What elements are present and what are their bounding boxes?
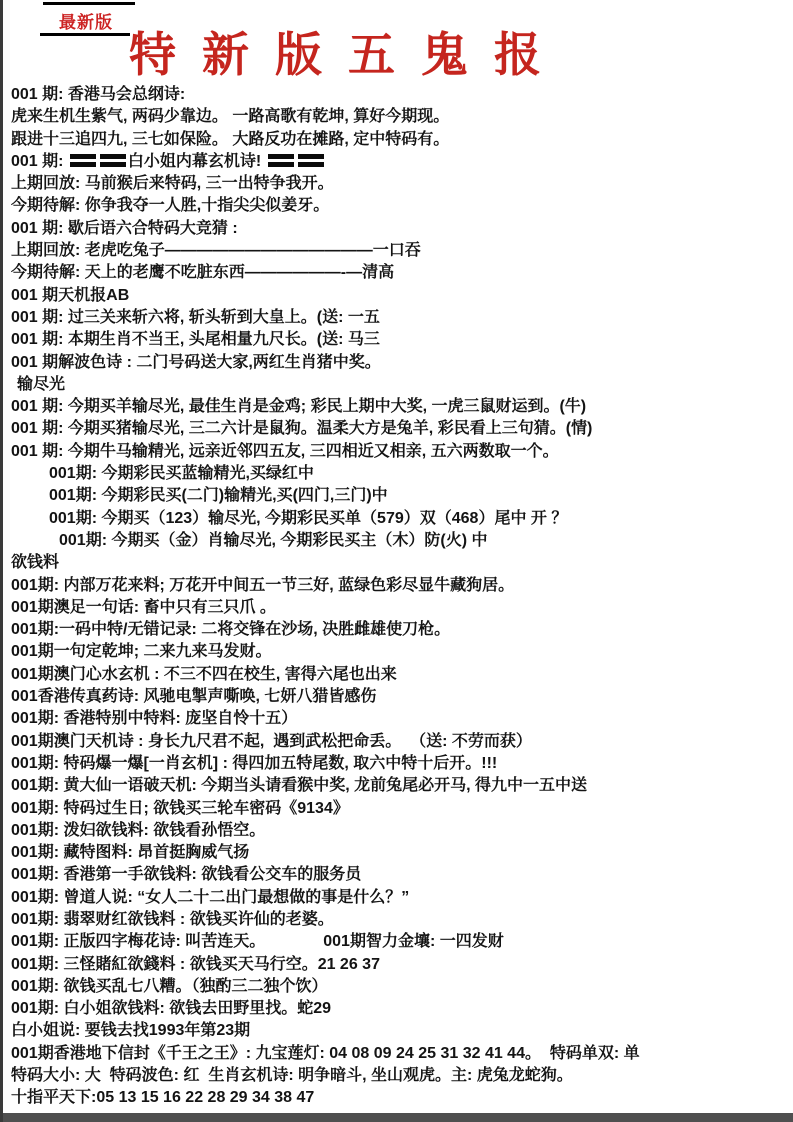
badge-rule-bottom [40,33,130,36]
line-dixiaxinfeng: 001期香港地下信封《千王之王》: 九宝莲灯: 04 08 09 24 25 3… [11,1043,793,1065]
text-line: 001期: 黄大仙一语破天机: 今期当头请看猴中奖, 龙前兔尾必开马, 得九中一… [11,775,793,797]
text-line: 001 期: 今期买猪输尽光, 三二六计是鼠狗。温柔大方是兔羊, 彩民看上三句猜… [11,418,793,440]
text-line: 001期:一码中特/无错记录: 二将交锋在沙场, 决胜雌雄使刀枪。 [11,619,793,641]
text-line: 001 期解波色诗 : 二门号码送大家,两红生肖猪中奖。 [11,352,793,374]
text-line: 虎来生机生紫气, 两码少靠边。 一路高歌有乾坤, 算好今期现。 [11,106,793,128]
geta-bar-icon [70,154,96,167]
text-line: 001期一句定乾坤; 二来九来马发财。 [11,641,793,663]
line-right: 001期智力金壤: 一四发财 [323,933,503,950]
edition-badge: 最新版 [59,8,113,33]
text-line: 001 期: 过三关来斩六将, 斩头斩到大皇上。(送: 一五 [11,307,793,329]
line-shizhipingtianxia: 十指平天下:05 13 15 16 22 28 29 34 38 47 [11,1087,793,1109]
text-line: 001期: 今期彩民买蓝输精光,买绿红中 [11,463,793,485]
page-title: 特新版五鬼报 [129,18,567,85]
scan-edge-bottom [3,1113,793,1122]
geta-bar-icon [268,154,294,167]
text-line: 001 期: 本期生肖不当王, 头尾相量九尺长。(送: 马三 [11,329,793,351]
geta-bar-icon [298,154,324,167]
text-line: 白小姐说: 要钱去找1993年第23期 [11,1020,793,1042]
section-shujinguang: 输尽光 [11,374,793,396]
text-line: 001期: 内部万花来料; 万花开中间五一节三好, 蓝绿色彩尽显牛藏狗居。 [11,575,793,597]
tip-sheet: 最新版 特新版五鬼报 001 期: 香港马会总纲诗: 虎来生机生紫气, 两码少靠… [0,0,793,1122]
text-line-split: 001期: 正版四字梅花诗: 叫苦连天。001期智力金壤: 一四发财 [11,931,793,953]
text-line: 001期: 香港特别中特料: 庞坚自怜十五） [11,708,793,730]
text-line: 001期: 泼妇欲钱料: 欲钱看孙悟空。 [11,820,793,842]
text-line: 001期: 藏特图料: 昂首挺胸威气扬 [11,842,793,864]
line-tema-summary: 特码大小: 大 特码波色: 红 生肖玄机诗: 明争暗斗, 坐山观虎。主: 虎兔龙… [11,1065,793,1087]
line-left: 001期: 正版四字梅花诗: 叫苦连天。 [11,933,265,950]
text-line: 001期: 今期彩民买(二门)输精光,买(四门,三门)中 [11,485,793,507]
text-line: 001期: 曾道人说: “女人二十二出门最想做的事是什么？” [11,887,793,909]
line-prefix: 001 期: [11,153,68,170]
section-yuqianliao: 欲钱料 [11,552,793,574]
text-line: 001期澳门天机诗 : 身长九尺君不起, 遇到武松把命丢。 （送: 不劳而获） [11,731,793,753]
text-line: 今期待解: 你争我夺一人胜,十指尖尖似姜牙。 [11,195,793,217]
text-line: 上期回放: 老虎吃兔子—————————————一口吞 [11,240,793,262]
line-zonggang-header: 001 期: 香港马会总纲诗: [11,84,793,106]
geta-bar-icon [100,154,126,167]
text-line: 001期: 翡翠财红欲钱料 : 欲钱买许仙的老婆。 [11,909,793,931]
text-line: 001期: 今期买（123）输尽光, 今期彩民买单（579）双（468）尾中 开… [11,508,793,530]
badge-rule-top [43,2,135,5]
text-line: 001 期: 今期买羊输尽光, 最佳生肖是金鸡; 彩民上期中大奖, 一虎三鼠财运… [11,396,793,418]
text-line: 001香港传真药诗: 风驰电掣声嘶唤, 七妍八猎皆感伤 [11,686,793,708]
text-line: 上期回放: 马前猴后来特码, 三一出特争我开。 [11,173,793,195]
text-line: 001期澳门心水玄机 : 不三不四在校生, 害得六尾也出来 [11,664,793,686]
text-line: 001期: 特码爆一爆[一肖玄机] : 得四加五特尾数, 取六中特十后开。!!! [11,753,793,775]
text-line: 001 期: 今期牛马输精光, 远亲近邻四五友, 三四相近又相亲, 五六两数取一… [11,441,793,463]
text-line: 001期: 特码过生日; 欲钱买三轮车密码《9134》 [11,798,793,820]
text-line: 跟进十三追四九, 三七如保险。 大路反功在摊路, 定中特码有。 [11,129,793,151]
text-line: 今期待解: 天上的老鹰不吃脏东西——————-—清高 [11,262,793,284]
text-line: 001期: 今期买（金）肖输尽光, 今期彩民买主（木）防(火) 中 [11,530,793,552]
content: 001 期: 香港马会总纲诗: 虎来生机生紫气, 两码少靠边。 一路高歌有乾坤,… [3,84,793,1110]
line-label: 白小姐内幕玄机诗! [128,153,266,170]
text-line: 001期: 欲钱买乱七八糟。（独酌三二独个饮） [11,976,793,998]
line-baixiaojie-header: 001 期: 白小姐内幕玄机诗! [11,151,793,173]
text-line: 001期: 三怪賭紅欲錢料 : 欲钱买天马行空。21 26 37 [11,954,793,976]
line-tianjibao-header: 001 期天机报AB [11,285,793,307]
line-xiehouyu-header: 001 期: 歇后语六合特码大竞猜 : [11,218,793,240]
text-line: 001期澳足一句话: 畜中只有三只爪 。 [11,597,793,619]
text-line: 001期: 香港第一手欲钱料: 欲钱看公交车的服务员 [11,864,793,886]
text-line: 001期: 白小姐欲钱料: 欲钱去田野里找。蛇29 [11,998,793,1020]
masthead: 最新版 特新版五鬼报 [3,0,793,84]
